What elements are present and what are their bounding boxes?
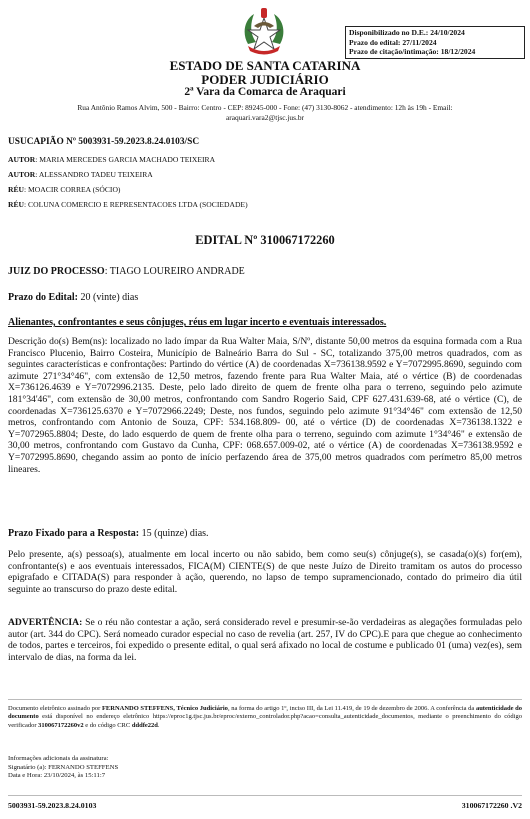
edital-deadline: Prazo do edital: 27/11/2024	[349, 38, 521, 48]
court-heading: 2ª Vara da Comarca de Araquari	[0, 86, 530, 98]
verification-code: 310067172260v2	[38, 722, 84, 729]
signature-notice: Documento eletrônico assinado por FERNAN…	[8, 705, 522, 730]
footer-case-number: 5003931-59.2023.8.24.0103	[8, 801, 96, 810]
party-defendant-2: RÉU: COLUNA COMERCIO E REPRESENTACOES LT…	[8, 200, 522, 209]
edital-term-value: 20 (vinte) dias	[78, 292, 138, 303]
signatory: Signatário (a): FERNANDO STEFFENS	[8, 764, 522, 773]
warning-paragraph: ADVERTÊNCIA: Se o réu não contestar a aç…	[8, 617, 522, 663]
court-email: araquari.vara2@tjsc.jus.br	[40, 113, 490, 123]
judge-label: JUIZ DO PROCESSO	[8, 266, 105, 277]
address-line: Rua Antônio Ramos Alvim, 500 - Bairro: C…	[40, 103, 490, 113]
sig-text: e do código CRC	[84, 722, 132, 729]
published-date: Disponibilizado no D.E.: 24/10/2024	[349, 28, 521, 38]
warning-label: ADVERTÊNCIA:	[8, 617, 82, 628]
divider	[8, 795, 522, 796]
signature-datetime: Data e Hora: 23/10/2024, às 15:11:7	[8, 772, 522, 781]
signer-name: FERNANDO STEFFENS, Técnico Judiciário	[102, 705, 228, 712]
party-name: : ALESSANDRO TADEU TEIXEIRA	[35, 170, 152, 179]
edital-title: EDITAL Nº 310067172260	[0, 233, 530, 248]
party-name: : MOACIR CORREA (SÓCIO)	[24, 185, 120, 194]
judge-name: : TIAGO LOUREIRO ANDRADE	[105, 266, 245, 277]
sig-text: .	[158, 722, 160, 729]
divider	[8, 699, 522, 700]
party-name: : MARIA MERCEDES GARCIA MACHADO TEIXEIRA	[35, 155, 215, 164]
edital-term-line: Prazo do Edital: 20 (vinte) dias	[8, 292, 522, 303]
sig-text: Documento eletrônico assinado por	[8, 705, 102, 712]
footer-document-code: 310067172260 .V2	[462, 801, 522, 810]
sig-text: , na forma do artigo 1º, inciso III, da …	[228, 705, 476, 712]
addressees-heading: Alienantes, confrontantes e seus cônjuge…	[8, 317, 522, 328]
party-defendant-1: RÉU: MOACIR CORREA (SÓCIO)	[8, 185, 522, 194]
party-name: : COLUNA COMERCIO E REPRESENTACOES LTDA …	[24, 200, 248, 209]
citation-deadline: Prazo de citação/intimação: 18/12/2024	[349, 47, 521, 57]
response-term-label: Prazo Fixado para a Resposta:	[8, 528, 139, 539]
party-author-1: AUTOR: MARIA MERCEDES GARCIA MACHADO TEI…	[8, 155, 522, 164]
response-term-line: Prazo Fixado para a Resposta: 15 (quinze…	[8, 528, 522, 539]
party-role: AUTOR	[8, 170, 35, 179]
signature-info-title: Informações adicionais da assinatura:	[8, 755, 522, 764]
signature-info: Informações adicionais da assinatura: Si…	[8, 755, 522, 781]
party-role: AUTOR	[8, 155, 35, 164]
citation-paragraph: Pelo presente, a(s) pessoa(s), atualment…	[8, 549, 522, 595]
coat-of-arms-icon	[240, 6, 288, 56]
court-address: Rua Antônio Ramos Alvim, 500 - Bairro: C…	[40, 103, 490, 123]
party-role: RÉU	[8, 185, 24, 194]
response-term-value: 15 (quinze) dias.	[139, 528, 208, 539]
party-role: RÉU	[8, 200, 24, 209]
edital-term-label: Prazo do Edital:	[8, 292, 78, 303]
property-description: Descrição do(s) Bem(ns): localizado no l…	[8, 336, 522, 475]
case-title: USUCAPIÃO Nº 5003931-59.2023.8.24.0103/S…	[8, 137, 522, 147]
document-page: Disponibilizado no D.E.: 24/10/2024 Praz…	[0, 0, 530, 819]
judge-line: JUIZ DO PROCESSO: TIAGO LOUREIRO ANDRADE	[8, 266, 522, 277]
warning-text: Se o réu não contestar a ação, será cons…	[8, 617, 522, 663]
crc-code: dddfe22d	[132, 722, 158, 729]
publication-dates-box: Disponibilizado no D.E.: 24/10/2024 Praz…	[345, 26, 525, 59]
party-author-2: AUTOR: ALESSANDRO TADEU TEIXEIRA	[8, 170, 522, 179]
